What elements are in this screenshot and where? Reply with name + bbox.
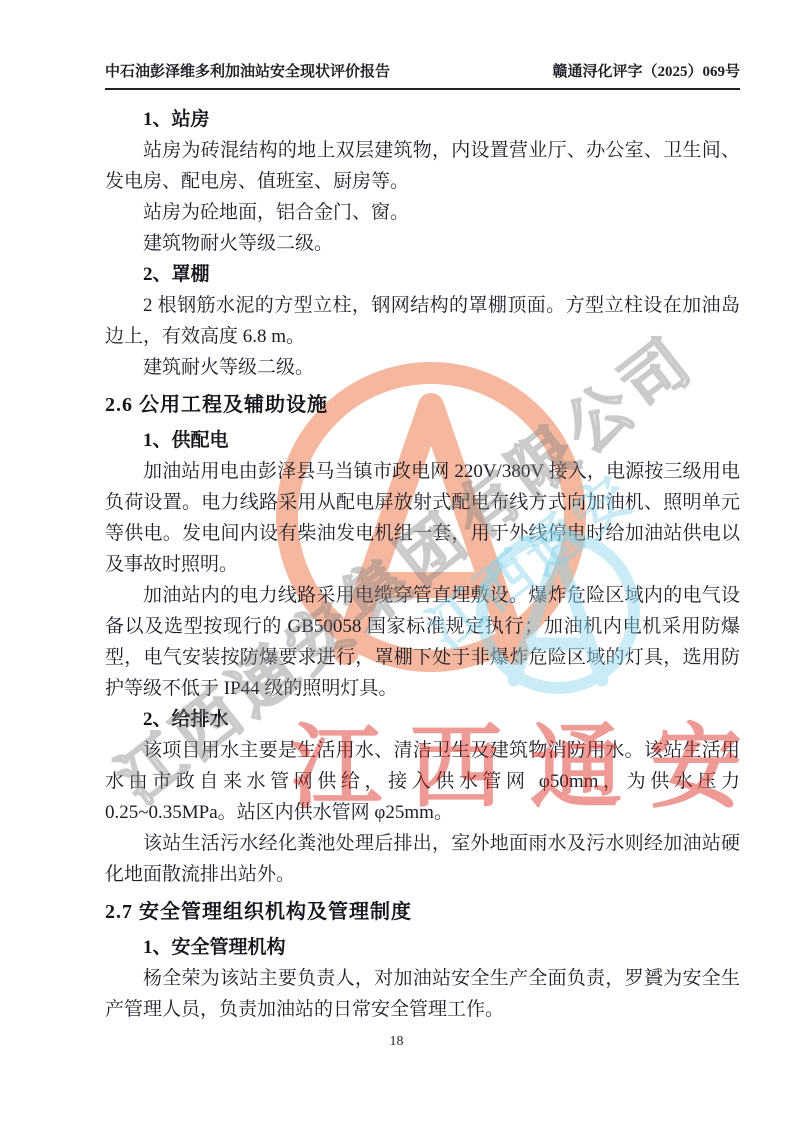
para-sewage: 该站生活污水经化粪池处理后排出，室外地面雨水及污水则经加油站硬化地面散流排出站外… xyxy=(105,828,740,890)
para-zhanfang-structure: 站房为砖混结构的地上双层建筑物，内设置营业厅、办公室、卫生间、发电房、配电房、值… xyxy=(105,135,740,197)
heading-1-safety-org: 1、安全管理机构 xyxy=(105,932,740,963)
para-zhaopeng-structure: 2 根钢筋水泥的方型立柱，钢网结构的罩棚顶面。方型立柱设在加油岛边上，有效高度 … xyxy=(105,290,740,352)
para-zhanfang-floor: 站房为砼地面，铝合金门、窗。 xyxy=(105,197,740,228)
page-footer: 18 xyxy=(0,1034,793,1050)
para-zhaopeng-fire-rating: 建筑耐火等级二级。 xyxy=(105,352,740,383)
section-2-6: 2.6 公用工程及辅助设施 xyxy=(105,388,740,422)
para-zhanfang-fire-rating: 建筑物耐火等级二级。 xyxy=(105,228,740,259)
para-safety-personnel: 杨全荣为该站主要负责人，对加油站安全生产全面负责，罗贇为安全生产管理人员，负责加… xyxy=(105,963,740,1025)
heading-2-geipaishui: 2、给排水 xyxy=(105,704,740,735)
page-number: 18 xyxy=(390,1034,404,1049)
section-2-7: 2.7 安全管理组织机构及管理制度 xyxy=(105,895,740,929)
header-report-title: 中石油彭泽维多利加油站安全现状评价报告 xyxy=(105,60,390,81)
para-power-supply: 加油站用电由彭泽县马当镇市政电网 220V/380V 接入，电源按三级用电负荷设… xyxy=(105,456,740,580)
document-body: 1、站房站房为砖混结构的地上双层建筑物，内设置营业厅、办公室、卫生间、发电房、配… xyxy=(105,104,740,1025)
document-page: 中石油彭泽维多利加油站安全现状评价报告 赣通浔化评字（2025）069号 1、站… xyxy=(0,0,793,1122)
heading-1-gongpeidian: 1、供配电 xyxy=(105,425,740,456)
page-header: 中石油彭泽维多利加油站安全现状评价报告 赣通浔化评字（2025）069号 xyxy=(105,60,740,90)
heading-1-zhanfang: 1、站房 xyxy=(105,104,740,135)
header-doc-number: 赣通浔化评字（2025）069号 xyxy=(552,60,740,81)
para-power-lines: 加油站内的电力线路采用电缆穿管直埋敷设。爆炸危险区域内的电气设备以及选型按现行的… xyxy=(105,580,740,704)
para-water-supply: 该项目用水主要是生活用水、清洁卫生及建筑物消防用水。该站生活用水由市政自来水管网… xyxy=(105,735,740,828)
heading-2-zhaopeng: 2、罩棚 xyxy=(105,259,740,290)
